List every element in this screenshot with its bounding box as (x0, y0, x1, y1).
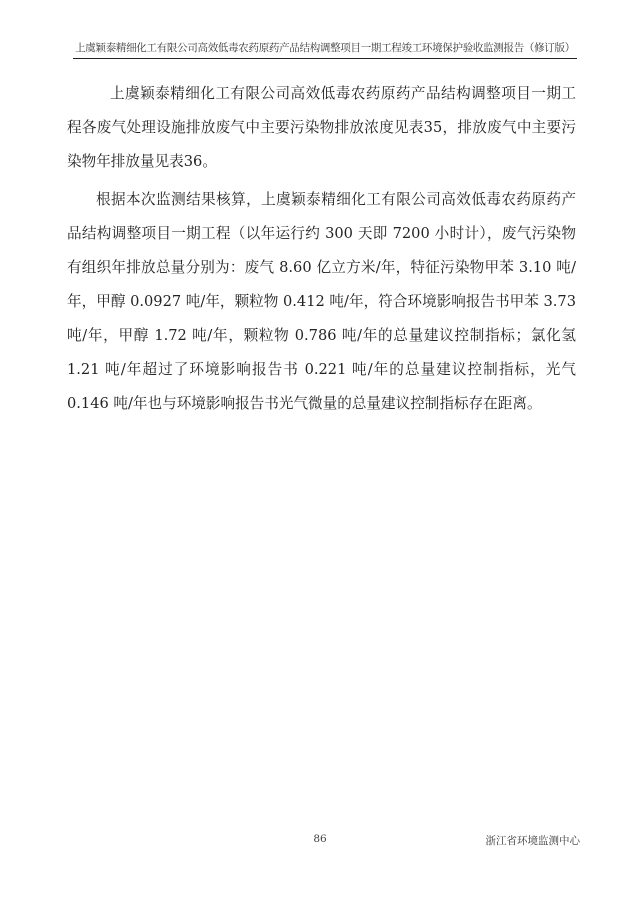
header-divider (73, 58, 577, 59)
document-body: 上虞颖泰精细化工有限公司高效低毒农药原药产品结构调整项目一期工程各废气处理设施排… (67, 77, 576, 425)
running-header: 上虞颖泰精细化工有限公司高效低毒农药原药产品结构调整项目一期工程竣工环境保护验收… (73, 42, 577, 55)
page-number: 86 (300, 833, 340, 845)
paragraph-annual-totals: 根据本次监测结果核算，上虞颖泰精细化工有限公司高效低毒农药原药产品结构调整项目一… (67, 183, 576, 421)
paragraph-emission-tables: 上虞颖泰精细化工有限公司高效低毒农药原药产品结构调整项目一期工程各废气处理设施排… (67, 77, 576, 179)
footer-organization: 浙江省环境监测中心 (480, 833, 580, 848)
